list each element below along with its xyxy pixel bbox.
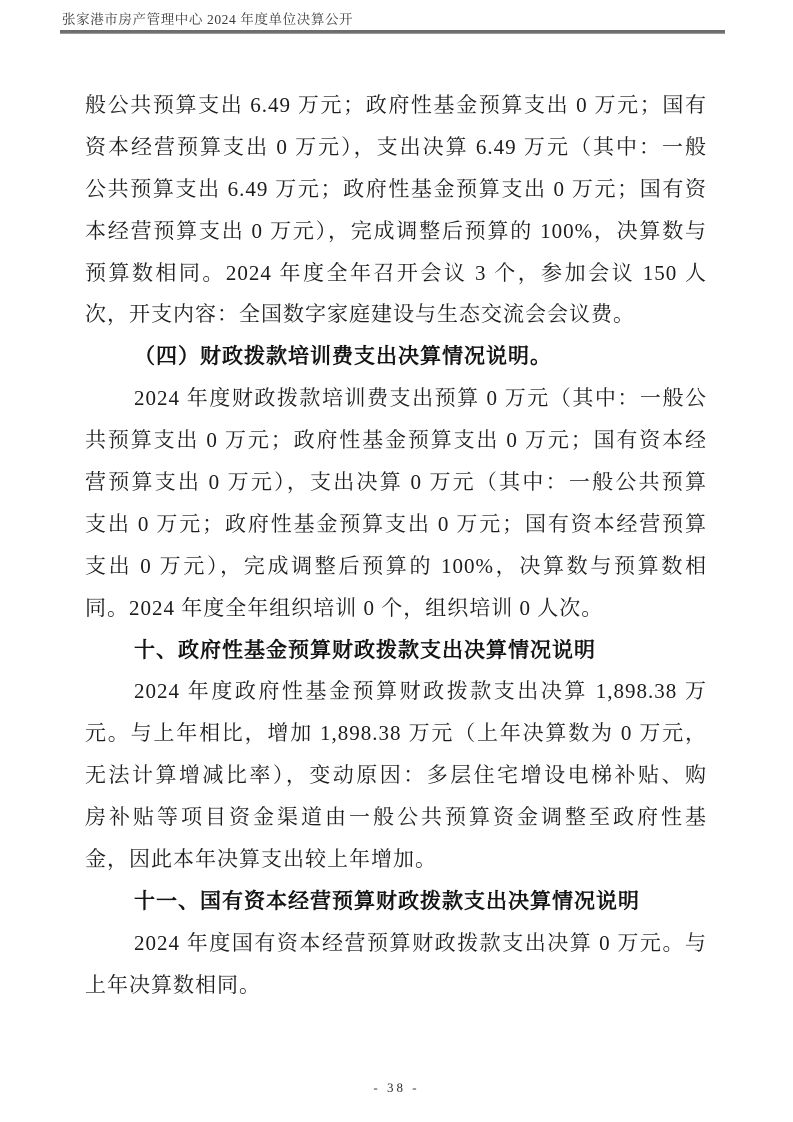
text-line: 金，因此本年决算支出较上年增加。 <box>85 839 707 881</box>
text-line: 公共预算支出 6.49 万元；政府性基金预算支出 0 万元；国有资 <box>85 169 707 211</box>
page-footer: - 38 - <box>0 1080 793 1096</box>
text-line: 同。2024 年度全年组织培训 0 个，组织培训 0 人次。 <box>85 588 707 630</box>
text-line: 次，开支内容：全国数字家庭建设与生态交流会会议费。 <box>85 294 707 336</box>
text-line: 共预算支出 0 万元；政府性基金预算支出 0 万元；国有资本经 <box>85 420 707 462</box>
document-body: 般公共预算支出 6.49 万元；政府性基金预算支出 0 万元；国有 资本经营预算… <box>85 85 707 1007</box>
text-line: 般公共预算支出 6.49 万元；政府性基金预算支出 0 万元；国有 <box>85 85 707 127</box>
section-heading-four: （四）财政拨款培训费支出决算情况说明。 <box>85 336 707 378</box>
section-heading-eleven: 十一、国有资本经营预算财政拨款支出决算情况说明 <box>85 881 707 923</box>
text-line: 上年决算数相同。 <box>85 965 707 1007</box>
text-line: 无法计算增减比率），变动原因：多层住宅增设电梯补贴、购 <box>85 755 707 797</box>
text-line: 2024 年度国有资本经营预算财政拨款支出决算 0 万元。与 <box>85 923 707 965</box>
text-line: 元。与上年相比，增加 1,898.38 万元（上年决算数为 0 万元， <box>85 713 707 755</box>
text-line: 支出 0 万元），完成调整后预算的 100%，决算数与预算数相 <box>85 546 707 588</box>
text-line: 资本经营预算支出 0 万元），支出决算 6.49 万元（其中：一般 <box>85 127 707 169</box>
text-line: 预算数相同。2024 年度全年召开会议 3 个，参加会议 150 人 <box>85 253 707 295</box>
section-heading-ten: 十、政府性基金预算财政拨款支出决算情况说明 <box>85 630 707 672</box>
text-line: 支出 0 万元；政府性基金预算支出 0 万元；国有资本经营预算 <box>85 504 707 546</box>
header-title: 张家港市房产管理中心 2024 年度单位决算公开 <box>62 8 353 28</box>
text-line: 营预算支出 0 万元），支出决算 0 万元（其中：一般公共预算 <box>85 462 707 504</box>
document-page: 张家港市房产管理中心 2024 年度单位决算公开 般公共预算支出 6.49 万元… <box>0 0 793 1122</box>
header-rule <box>60 30 725 34</box>
page-number: - 38 - <box>373 1080 419 1095</box>
text-line: 2024 年度财政拨款培训费支出预算 0 万元（其中：一般公 <box>85 378 707 420</box>
text-line: 本经营预算支出 0 万元），完成调整后预算的 100%，决算数与 <box>85 211 707 253</box>
text-line: 房补贴等项目资金渠道由一般公共预算资金调整至政府性基 <box>85 797 707 839</box>
text-line: 2024 年度政府性基金预算财政拨款支出决算 1,898.38 万 <box>85 671 707 713</box>
